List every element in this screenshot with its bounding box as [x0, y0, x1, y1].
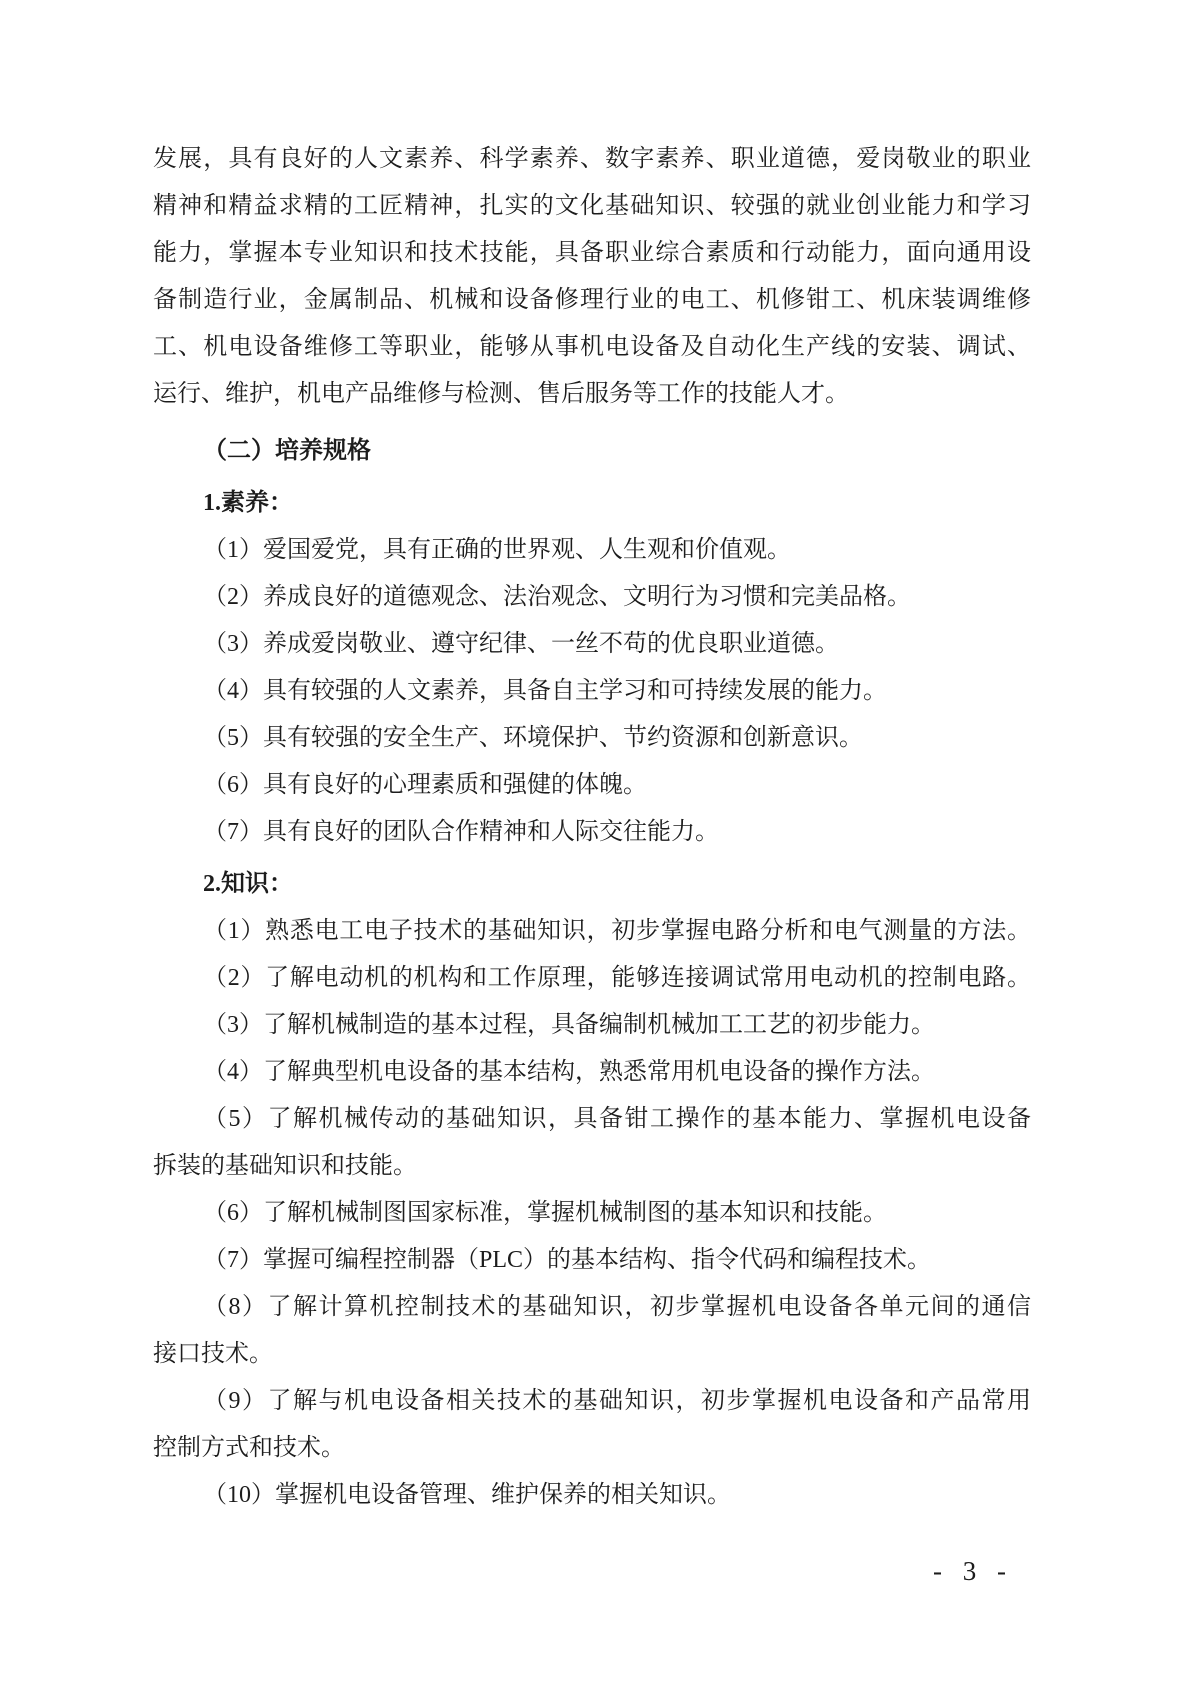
- suyang-item-2: （2）养成良好的道德观念、法治观念、文明行为习惯和完美品格。: [153, 574, 1031, 621]
- text-line: （2）养成良好的道德观念、法治观念、文明行为习惯和完美品格。: [153, 574, 1031, 621]
- text-line: （5）具有较强的安全生产、环境保护、节约资源和创新意识。: [153, 715, 1031, 762]
- text-line: 接口技术。: [153, 1331, 1031, 1378]
- suyang-item-1: （1）爱国爱党，具有正确的世界观、人生观和价值观。: [153, 527, 1031, 574]
- zhishi-item-1: （1）熟悉电工电子技术的基础知识，初步掌握电路分析和电气测量的方法。: [153, 908, 1031, 955]
- page-number: - 3 -: [933, 1556, 1013, 1587]
- text-line: （8）了解计算机控制技术的基础知识，初步掌握机电设备各单元间的通信: [153, 1284, 1031, 1331]
- zhishi-item-2: （2）了解电动机的机构和工作原理，能够连接调试常用电动机的控制电路。: [153, 955, 1031, 1002]
- zhishi-item-7: （7）掌握可编程控制器（PLC）的基本结构、指令代码和编程技术。: [153, 1237, 1031, 1284]
- suyang-item-3: （3）养成爱岗敬业、遵守纪律、一丝不苟的优良职业道德。: [153, 621, 1031, 668]
- text-line: （2）了解电动机的机构和工作原理，能够连接调试常用电动机的控制电路。: [153, 955, 1031, 1002]
- text-line: （9）了解与机电设备相关技术的基础知识，初步掌握机电设备和产品常用: [153, 1378, 1031, 1425]
- zhishi-item-3: （3）了解机械制造的基本过程，具备编制机械加工工艺的初步能力。: [153, 1002, 1031, 1049]
- text-line: （6）了解机械制图国家标准，掌握机械制图的基本知识和技能。: [153, 1190, 1031, 1237]
- zhishi-item-4: （4）了解典型机电设备的基本结构，熟悉常用机电设备的操作方法。: [153, 1049, 1031, 1096]
- text-line: 运行、维护，机电产品维修与检测、售后服务等工作的技能人才。: [153, 371, 1031, 418]
- zhishi-item-6: （6）了解机械制图国家标准，掌握机械制图的基本知识和技能。: [153, 1190, 1031, 1237]
- text-line: 2.知识：: [153, 861, 1031, 908]
- text-line: （3）养成爱岗敬业、遵守纪律、一丝不苟的优良职业道德。: [153, 621, 1031, 668]
- suyang-item-4: （4）具有较强的人文素养，具备自主学习和可持续发展的能力。: [153, 668, 1031, 715]
- intro-paragraph: 发展，具有良好的人文素养、科学素养、数字素养、职业道德，爱岗敬业的职业精神和精益…: [153, 136, 1031, 418]
- text-line: 工、机电设备维修工等职业，能够从事机电设备及自动化生产线的安装、调试、: [153, 324, 1031, 371]
- text-line: 能力，掌握本专业知识和技术技能，具备职业综合素质和行动能力，面向通用设: [153, 230, 1031, 277]
- heading-peiyang-guige: （二）培养规格: [153, 428, 1031, 475]
- heading-zhishi: 2.知识：: [153, 861, 1031, 908]
- heading-suyang: 1.素养：: [153, 480, 1031, 527]
- zhishi-item-9: （9）了解与机电设备相关技术的基础知识，初步掌握机电设备和产品常用控制方式和技术…: [153, 1378, 1031, 1472]
- document-content: 发展，具有良好的人文素养、科学素养、数字素养、职业道德，爱岗敬业的职业精神和精益…: [153, 136, 1031, 1519]
- text-line: （二）培养规格: [153, 428, 1031, 475]
- text-line: （4）了解典型机电设备的基本结构，熟悉常用机电设备的操作方法。: [153, 1049, 1031, 1096]
- text-line: 精神和精益求精的工匠精神，扎实的文化基础知识、较强的就业创业能力和学习: [153, 183, 1031, 230]
- text-line: （7）具有良好的团队合作精神和人际交往能力。: [153, 809, 1031, 856]
- text-line: 控制方式和技术。: [153, 1425, 1031, 1472]
- text-line: （5）了解机械传动的基础知识，具备钳工操作的基本能力、掌握机电设备: [153, 1096, 1031, 1143]
- text-line: （10）掌握机电设备管理、维护保养的相关知识。: [153, 1472, 1031, 1519]
- text-line: （6）具有良好的心理素质和强健的体魄。: [153, 762, 1031, 809]
- suyang-item-7: （7）具有良好的团队合作精神和人际交往能力。: [153, 809, 1031, 856]
- zhishi-item-8: （8）了解计算机控制技术的基础知识，初步掌握机电设备各单元间的通信接口技术。: [153, 1284, 1031, 1378]
- text-line: （1）熟悉电工电子技术的基础知识，初步掌握电路分析和电气测量的方法。: [153, 908, 1031, 955]
- document-page: 发展，具有良好的人文素养、科学素养、数字素养、职业道德，爱岗敬业的职业精神和精益…: [0, 0, 1191, 1684]
- text-line: 备制造行业，金属制品、机械和设备修理行业的电工、机修钳工、机床装调维修: [153, 277, 1031, 324]
- text-line: 发展，具有良好的人文素养、科学素养、数字素养、职业道德，爱岗敬业的职业: [153, 136, 1031, 183]
- suyang-item-5: （5）具有较强的安全生产、环境保护、节约资源和创新意识。: [153, 715, 1031, 762]
- text-line: （3）了解机械制造的基本过程，具备编制机械加工工艺的初步能力。: [153, 1002, 1031, 1049]
- zhishi-item-10: （10）掌握机电设备管理、维护保养的相关知识。: [153, 1472, 1031, 1519]
- text-line: 1.素养：: [153, 480, 1031, 527]
- text-line: 拆装的基础知识和技能。: [153, 1143, 1031, 1190]
- zhishi-item-5: （5）了解机械传动的基础知识，具备钳工操作的基本能力、掌握机电设备拆装的基础知识…: [153, 1096, 1031, 1190]
- text-line: （1）爱国爱党，具有正确的世界观、人生观和价值观。: [153, 527, 1031, 574]
- suyang-item-6: （6）具有良好的心理素质和强健的体魄。: [153, 762, 1031, 809]
- text-line: （7）掌握可编程控制器（PLC）的基本结构、指令代码和编程技术。: [153, 1237, 1031, 1284]
- text-line: （4）具有较强的人文素养，具备自主学习和可持续发展的能力。: [153, 668, 1031, 715]
